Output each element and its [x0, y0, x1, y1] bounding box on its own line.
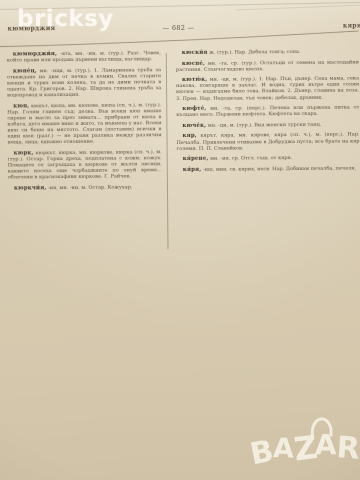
bazar-letter: A	[272, 435, 294, 463]
dictionary-entry: кюски́я ж. (тур.). Нар. Дебела тояга; со…	[176, 48, 359, 56]
entry-headword: кюски́я	[182, 50, 208, 56]
right-column: кюски́я ж. (тур.). Нар. Дебела тояга; со…	[176, 48, 360, 249]
entry-body: кюпът, кюпа, мн. кюпове, кюпа (сп. ч.), …	[7, 102, 161, 146]
bazar-letter: Z	[292, 431, 317, 465]
text-columns: кюмюрджи́я, -ята, мн. -ии, м. (тур.). Ра…	[7, 48, 360, 250]
dictionary-page: кюмюрджия — 682 — кяря кюмюрджи́я, -ята,…	[0, 0, 360, 480]
entry-headword: кюркчи́я,	[14, 185, 47, 191]
bazar-watermark: BAZAR	[249, 417, 360, 480]
entry-body: мн. -ци, м. (тур.). Вид женски турски та…	[206, 122, 321, 129]
bazar-letter: A	[315, 431, 337, 459]
dictionary-entry: кяр, кярът, кяра, мн. кярове, кяра (сп. …	[177, 132, 360, 152]
entry-body: мн. -ия, ср. Отгл. същ. от кяря.	[208, 155, 292, 162]
dictionary-entry: кюче́к, мн. -ци, м. (тур.). Вид женски т…	[176, 121, 359, 129]
entry-headword: кя́ря,	[183, 167, 202, 173]
dictionary-entry: кя́ря, -иш, мин. св. кярих, несв. Нар. Д…	[177, 165, 360, 173]
entry-body: -иш, мин. св. кярих, несв. Нар. Добивам …	[201, 165, 356, 172]
entry-headword: кя́рене,	[183, 156, 209, 162]
column-divider	[166, 53, 169, 249]
bazar-letter: R	[335, 433, 360, 465]
dictionary-entry: кютю́к, мн. -ци, м. (тур.). 1. Нар. Пън,…	[176, 76, 359, 102]
dictionary-entry: кюфте́, мн. -та, ср. (перс.). Печена или…	[176, 105, 359, 119]
bazar-watermark-text: BAZAR	[249, 427, 360, 466]
entry-body: -ия, мн. -ии, м. Остар. Кожухар.	[46, 184, 132, 191]
entry-body: ж. (тур.). Нар. Дебела тояга; сопа.	[208, 49, 301, 56]
entry-body: кярът, кяра, мн. кярове, кяра (сп. ч.), …	[177, 132, 360, 152]
dictionary-entry: кюспе́, мн. -та, ср. (тур.). Остатъци от…	[176, 59, 359, 73]
bricksy-watermark: bricksy	[17, 6, 114, 32]
dictionary-entry: кюп, кюпът, кюпа, мн. кюпове, кюпа (сп. …	[7, 102, 161, 146]
left-column: кюмюрджи́я, -ята, мн. -ии, м. (тур.). Ра…	[7, 50, 163, 250]
book-page-photo: кюмюрджия — 682 — кяря кюмюрджи́я, -ята,…	[0, 0, 360, 480]
dictionary-entry: кюркчи́я, -ия, мн. -ии, м. Остар. Кожуха…	[8, 184, 162, 191]
dictionary-entry: кюмюрджи́я, -ята, мн. -ии, м. (тур.). Ра…	[7, 50, 161, 64]
entry-headword: кюче́к,	[182, 123, 206, 129]
dictionary-entry: кюрк, кюркът, кюрка, мн. кюркове, кюрка …	[8, 149, 162, 181]
dictionary-entry: кя́рене, мн. -ия, ср. Отгл. същ. от кяря…	[177, 155, 360, 163]
dictionary-entry: кюне́ц, мн. -нци, м. (тур.). 1. Ламарине…	[7, 67, 161, 99]
